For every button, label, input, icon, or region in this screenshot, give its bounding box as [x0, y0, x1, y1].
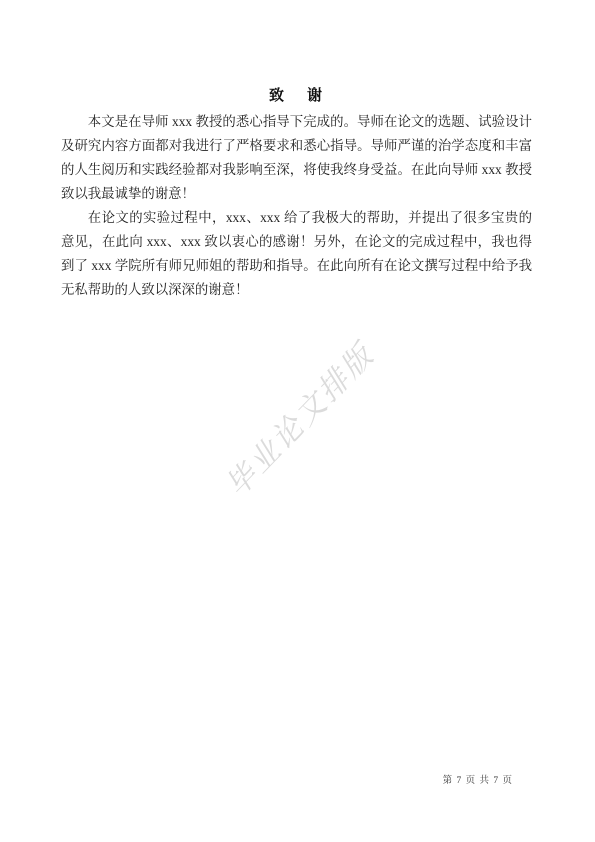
page-number: 第 7 页 共 7 页: [443, 772, 513, 786]
paragraph-2: 在论文的实验过程中，xxx、xxx 给了我极大的帮助，并提出了很多宝贵的意见，在…: [61, 206, 532, 302]
document-page: 致 谢 本文是在导师 xxx 教授的悉心指导下完成的。导师在论文的选题、试验设计…: [0, 0, 595, 842]
diagonal-watermark: 毕业论文排版: [213, 332, 382, 505]
document-body: 本文是在导师 xxx 教授的悉心指导下完成的。导师在论文的选题、试验设计及研究内…: [61, 110, 532, 302]
paragraph-1: 本文是在导师 xxx 教授的悉心指导下完成的。导师在论文的选题、试验设计及研究内…: [61, 110, 532, 206]
page-title: 致 谢: [0, 83, 595, 109]
